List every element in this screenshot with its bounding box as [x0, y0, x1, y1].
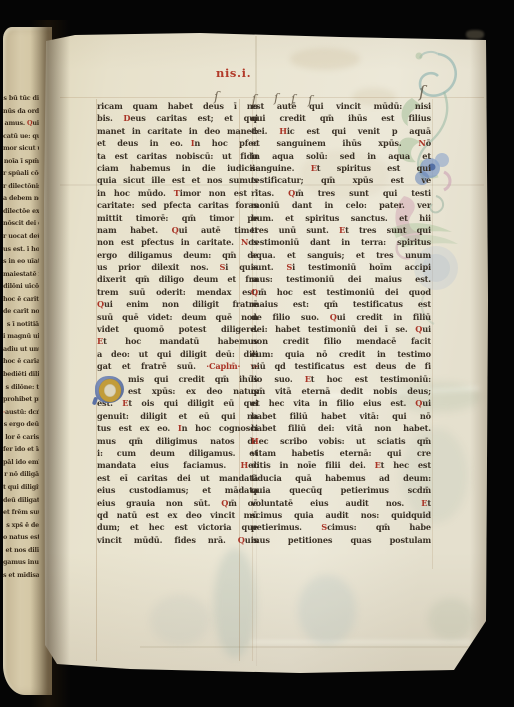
ink-text: testimoniū dant in terra: spiritus	[251, 237, 431, 247]
ink-text: mus qm̄ diligimus natos de	[97, 436, 258, 446]
text-line: ergo diligamus deum: qm̄ de	[97, 250, 258, 262]
text-line: gamus inuicē	[3, 558, 39, 571]
text-line: nōscit dei e	[3, 219, 39, 232]
rubricated-text: Q	[97, 299, 104, 309]
ink-text: ui autē timet	[179, 225, 258, 235]
text-line: dum; et hec est victoria que	[97, 522, 258, 534]
ink-text: qm̄ vitā eternā dedit nobis deus;	[251, 386, 431, 396]
ink-text: ui	[422, 324, 431, 334]
ink-text: habet filiū dei: vitā non habet.	[251, 423, 431, 433]
ink-text: t hoc mandatū habemus	[103, 336, 258, 346]
ascender-flourish: ſ	[291, 93, 295, 105]
rubricated-text: Q	[172, 225, 179, 235]
ink-text: dei.	[251, 126, 279, 136]
text-column-right: est autē qui vincit mūdū: nisiqui credit…	[251, 101, 431, 547]
text-line: in hoc mūdo. Timor non est ī	[97, 188, 258, 200]
text-line: s in eo uīat	[3, 257, 39, 270]
manuscript-page: nis.i. ricam quam habet deus ī nobis. De…	[0, 0, 514, 707]
ascender-flourish: ſ	[252, 93, 256, 105]
wrinkle-highlight	[250, 640, 470, 644]
ink-text: ui credit in filiū	[337, 312, 431, 322]
text-line: eius custodiamus; et mādata	[97, 485, 258, 497]
ink-text: vincit mūdū. fides nrā.	[97, 535, 238, 545]
text-line: a debem nos	[3, 194, 39, 207]
ink-text: ō	[426, 138, 431, 148]
ink-text: caritate: sed pfecta caritas foras	[97, 200, 258, 210]
rubricated-text: H	[241, 460, 249, 470]
text-line: tres unū sunt. Et tres sunt qui	[251, 225, 431, 237]
ink-text: eius custodiamus; et mādata	[97, 485, 258, 495]
text-line: de carīt nos	[3, 307, 39, 320]
ink-text: de filio suo.	[251, 312, 330, 322]
text-line: non credit filio mendacē facit	[251, 336, 431, 348]
text-line: Et hoc mandatū habemus	[97, 336, 258, 348]
ink-text: catū ue: qui	[3, 132, 39, 140]
text-line: s dilōne: t	[3, 383, 39, 396]
ink-text: noīa ī spm̄	[4, 157, 39, 165]
ink-text: mis qui credit qm̄ ihūs	[128, 374, 258, 384]
ink-text: t spiritus est qui	[317, 163, 431, 173]
ink-text: suū quē videt: deum quē non	[97, 312, 258, 322]
text-line: Hec scribo vobis: ut sciatis qm̄	[251, 436, 431, 448]
ink-text: mandata eius faciamus.	[97, 460, 241, 470]
ink-text: qd natū est ex deo vincit mū	[97, 510, 258, 520]
ink-text: quia sicut ille est et nos sumus	[97, 175, 258, 185]
ascender-flourish: ſ	[214, 91, 219, 104]
ink-text: r nō diligā	[4, 470, 39, 478]
text-line: s et mīdisa	[3, 571, 39, 584]
ink-text: qui credit qm̄ ihūs est filius	[251, 113, 431, 123]
ink-text: et deus in eo.	[97, 138, 191, 148]
ink-text: dei: habet testimoniū dei ī se.	[251, 324, 415, 334]
text-line: petierimus. Scimus: qm̄ habe	[251, 522, 431, 534]
ink-text: r dilectōnis	[3, 182, 39, 190]
parchment-stain	[290, 48, 360, 70]
text-line: habet filiū dei: vitā non habet.	[251, 423, 431, 435]
ink-text: fiducia quā habemus ad deum:	[251, 473, 431, 483]
text-line: qm̄ vitā eternā dedit nobis deus;	[251, 386, 431, 398]
ink-text: s ergo deū	[4, 420, 39, 428]
ink-text: ergo diligamus deum: qm̄ de	[97, 250, 258, 260]
ink-text: dilectōe exā	[3, 207, 39, 215]
ink-text: i: cum deum diligamus. et	[97, 448, 258, 458]
text-line: sunt. Si testimoniū hoīm accipi	[251, 262, 431, 274]
ink-text: s xps̄ ē de	[6, 521, 39, 529]
ink-text: vitam habetis eternā: qui cre	[251, 448, 431, 458]
ink-text: i magnū uid	[3, 332, 39, 340]
text-line: us prior dilexit nos. Si quis	[97, 262, 258, 274]
ink-text: prohibet pr	[3, 395, 39, 403]
text-line: lor ē caris	[3, 433, 39, 446]
ink-text: est eī caritas dei ut mandata	[97, 473, 258, 483]
ink-text: ta est caritas nobiscū: ut fidu	[97, 151, 258, 161]
ink-text: lio suo.	[251, 374, 305, 384]
ink-text: non credit filio mendacē facit	[251, 336, 431, 346]
text-line: non est pfectus in caritate. Nos	[97, 237, 258, 249]
ink-text: a debem nos	[3, 194, 39, 202]
text-line: de filio suo. Qui credit in filiū	[251, 312, 431, 324]
text-line: ricam quam habet deus ī no	[97, 101, 258, 113]
text-line: o natus est	[3, 533, 39, 546]
ink-text: o natus est	[3, 533, 39, 541]
ink-text: mus: testimoniū dei maius est.	[251, 274, 431, 284]
text-line: voluntatē eius audit nos. Et	[251, 498, 431, 510]
ink-text: ditis in noīe filii dei.	[251, 460, 375, 470]
text-line: ritas. Qm̄ tres sunt qui testi	[251, 188, 431, 200]
ink-text: fer īdo et īa	[3, 445, 39, 453]
ink-text: mittit timorē: qm̄ timor pe	[97, 213, 258, 223]
text-line: scimus quia audit nos: quidquid	[251, 510, 431, 522]
ink-text: gat et fratrē suū.	[97, 361, 206, 371]
ink-text: voluntatē eius audit nos.	[251, 498, 421, 508]
ink-text: mus petitiones quas postulam	[251, 535, 431, 545]
ink-text: petierimus.	[251, 522, 321, 532]
facing-text-column: s bū tūc dinūs da ordīamus. Quicatū ue: …	[3, 94, 42, 583]
text-line: sanguine. Et spiritus est qui	[251, 163, 431, 175]
show-through-decoration	[150, 595, 210, 645]
text-line: suū quē videt: deum quē non	[97, 312, 258, 324]
text-line: t qui diligit	[3, 483, 39, 496]
decorated-initial-O	[95, 376, 125, 404]
ink-text: aqua. et sanguis; et tres unum	[251, 250, 431, 260]
ink-text: i testimoniū hoīm accipi	[292, 262, 431, 272]
text-line: mus qm̄ diligimus natos de	[97, 436, 258, 448]
text-line: qui credit qm̄ ihūs est filius	[251, 113, 431, 125]
text-line: niū qd testificatus est deus de fi	[251, 361, 431, 373]
ink-text: t hec est	[381, 460, 431, 470]
text-line: pāl ido emīsa	[3, 458, 39, 471]
rubricated-text: H	[279, 126, 287, 136]
text-line: prohibet pr	[3, 395, 39, 408]
ink-text: sunt.	[251, 262, 286, 272]
text-line: amus. Qui	[3, 119, 39, 132]
ascender-flourish: ſ	[274, 92, 278, 104]
text-line: vitam habetis eternā: qui cre	[251, 448, 431, 460]
ink-text: a deo: ut qui diligit deū: dili	[97, 349, 258, 359]
show-through-decoration	[428, 598, 474, 640]
ink-text: et hec vita in filio eius est.	[251, 398, 415, 408]
ink-text: ciam habemus in die iudicii:	[97, 163, 258, 173]
rubricated-text: Q	[238, 535, 245, 545]
ink-text: est xpūs: ex deo natus	[128, 386, 258, 396]
ink-text: scimus quia audit nos: quidquid	[251, 510, 431, 520]
ink-text: t tres sunt qui	[345, 225, 431, 235]
ink-text: non est pfectus in caritate.	[97, 237, 241, 247]
ink-text: nūs da ordī	[3, 107, 39, 115]
text-line: quia quecūq petierimus scdm̄	[251, 485, 431, 497]
ink-text: sanguine.	[251, 163, 311, 173]
text-line: mandata eius faciamus. Hec	[97, 460, 258, 472]
ink-text: nōscit dei e	[3, 219, 39, 227]
ink-text: et nos dilī	[5, 546, 39, 554]
ink-text: maiestatē nō	[3, 270, 39, 278]
text-line: deū diligat	[3, 496, 39, 509]
text-line: quia sicut ille est et nos sumus	[97, 175, 258, 187]
ink-text: genuit: diligit et eū qui na	[97, 411, 258, 421]
ink-text: r spūali cōe	[3, 169, 39, 177]
text-line: s bū tūc di	[3, 94, 39, 107]
text-line: us est. ī hoc	[3, 245, 39, 258]
ink-text: de carīt nos	[3, 307, 39, 315]
initial-gold-letter	[99, 379, 121, 402]
ink-text: nam habet.	[97, 225, 172, 235]
text-line: genuit: diligit et eū qui na	[97, 411, 258, 423]
ink-text: pāl ido emīsa	[3, 458, 39, 466]
rubricated-text: Q	[330, 312, 337, 322]
text-line: catū ue: qui	[3, 132, 39, 145]
ink-text: bum. et spiritus sanctus. et hii	[251, 213, 431, 223]
ink-text: r uocat deū	[3, 232, 39, 240]
ink-text: ricam quam habet deus ī no	[97, 101, 258, 111]
text-line: Qm̄ hoc est testimoniū dei quod	[251, 287, 431, 299]
text-line: ditis in noīe filii dei. Et hec est	[251, 460, 431, 472]
text-line: i magnū uid	[3, 332, 39, 345]
text-line: noīa ī spm̄	[3, 157, 39, 170]
text-line: r nō diligā	[3, 470, 39, 483]
text-line: dilōni uīcō	[3, 282, 39, 295]
ink-text: n hoc cognosci	[182, 423, 258, 433]
text-line: r uocat deū	[3, 232, 39, 245]
text-line: Qui enim non diligit fratrē	[97, 299, 258, 311]
text-column-left: ricam quam habet deus ī nobis. Deus cari…	[97, 101, 258, 547]
ink-text: adiu ut unū	[3, 345, 39, 353]
ink-text: maius est: qm̄ testificatus est	[251, 299, 431, 309]
ink-text: niū qd testificatus est deus de fi	[251, 361, 431, 371]
folio-corner-mark	[466, 30, 484, 39]
text-line: s xps̄ ē de	[3, 521, 39, 534]
ink-text: hoc ē caritas	[3, 295, 39, 303]
text-line: tus est ex eo. In hoc cognosci	[97, 423, 258, 435]
ink-text: quia quecūq petierimus scdm̄	[251, 485, 431, 495]
ink-text: bis.	[97, 113, 123, 123]
ink-text: s dilōne: t	[6, 383, 39, 391]
text-line: adiu ut unū	[3, 345, 39, 358]
ink-text: et sanguinem ihūs xpūs.	[251, 138, 418, 148]
ink-text: dilōni uīcō	[3, 282, 39, 290]
text-line: dilectōe exā	[3, 207, 39, 220]
ink-text: bediēti dili	[3, 370, 39, 378]
text-line: caritate: sed pfecta caritas foras	[97, 200, 258, 212]
ink-text: eus caritas est; et qui	[130, 113, 258, 123]
text-line: fiducia quā habemus ad deum:	[251, 473, 431, 485]
ink-text: s in eo uīat	[3, 257, 39, 265]
ink-text: n hoc pfec	[194, 138, 258, 148]
text-line: et deus in eo. In hoc pfec	[97, 138, 258, 150]
text-line: hoc ē caritas	[3, 295, 39, 308]
ink-text: ui	[422, 398, 431, 408]
text-line: i: cum deum diligamus. et	[97, 448, 258, 460]
ascender-flourish: ſ	[419, 84, 425, 100]
running-header: nis.i.	[216, 66, 251, 80]
text-line: s ī notitiā	[3, 320, 39, 333]
text-line: lio suo. Et hoc est testimoniū:	[251, 374, 431, 386]
ink-text: cimus: qm̄ habe	[327, 522, 431, 532]
ink-text: gamus inuicē	[3, 558, 39, 566]
text-line: et frēm suū	[3, 508, 39, 521]
text-line: dei: habet testimoniū dei ī se. Qui	[251, 324, 431, 336]
text-line: in aqua solū: sed in aqua et	[251, 151, 431, 163]
ink-text: eius grauia non sūt.	[97, 498, 221, 508]
text-line: videt quomō potest diligere.	[97, 324, 258, 336]
ink-text: us est. ī hoc	[3, 245, 39, 253]
ink-text: videt quomō potest diligere.	[97, 324, 258, 334]
text-line: bediēti dili	[3, 370, 39, 383]
ascender-flourish: ſ	[308, 94, 312, 106]
text-line: hoc ē carīas	[3, 357, 39, 370]
ink-text: s bū tūc di	[3, 94, 39, 102]
ink-text: m̄ tres sunt qui testi	[295, 188, 431, 198]
text-line: bis. Deus caritas est; et qui	[97, 113, 258, 125]
ink-text: lor ē caris	[5, 433, 39, 441]
ink-text: dum; et hec est victoria que	[97, 522, 258, 532]
text-line: dixerit qm̄ diligo deum et fra	[97, 274, 258, 286]
ink-text: s et mīdisa	[3, 571, 39, 579]
text-line: r spūali cōe	[3, 169, 39, 182]
ink-text: ui enim non diligit fratrē	[104, 299, 258, 309]
text-line: ta est caritas nobiscū: ut fidu	[97, 151, 258, 163]
ink-text: tres unū sunt.	[251, 225, 339, 235]
ink-text: eum: quia nō credit in testimo	[251, 349, 431, 359]
text-line: dei. Hic est qui venit p aquā	[251, 126, 431, 138]
ink-text: t ois qui diligit eū qui	[128, 398, 258, 408]
ink-text: in aqua solū: sed in aqua et	[251, 151, 431, 161]
text-line: r dilectōnis	[3, 182, 39, 195]
text-line: s ergo deū	[3, 420, 39, 433]
ink-text: deū diligat	[3, 496, 39, 504]
text-line: nam habet. Qui autē timet	[97, 225, 258, 237]
text-line: eius grauia non sūt. Qm̄ oē	[97, 498, 258, 510]
text-line: ·austū: dcm̄	[3, 408, 39, 421]
text-line: aqua. et sanguis; et tres unum	[251, 250, 431, 262]
text-line: eum: quia nō credit in testimo	[251, 349, 431, 361]
ink-text: t qui diligit	[3, 483, 39, 491]
ink-text: m̄ hoc est testimoniū dei quod	[258, 287, 431, 297]
text-line: habet filiū habet vitā: qui nō	[251, 411, 431, 423]
text-line: mittit timorē: qm̄ timor pe	[97, 213, 258, 225]
text-line: est eī caritas dei ut mandata	[97, 473, 258, 485]
rubricated-text: Q	[251, 287, 258, 297]
ink-text: us prior dilexit nos.	[97, 262, 220, 272]
text-line: bum. et spiritus sanctus. et hii	[251, 213, 431, 225]
text-line: maius est: qm̄ testificatus est	[251, 299, 431, 311]
text-line: manet in caritate in deo manet:	[97, 126, 258, 138]
ink-text: ui	[32, 119, 39, 127]
text-line: ciam habemus in die iudicii:	[97, 163, 258, 175]
ink-text: ritas.	[251, 188, 288, 198]
ink-text: et frēm suū	[3, 508, 39, 516]
ink-text: dixerit qm̄ diligo deum et fra	[97, 274, 258, 284]
text-line: et sanguinem ihūs xpūs. Nō	[251, 138, 431, 150]
text-line: moniū dant in celo: pater. ver	[251, 200, 431, 212]
text-line: trem suū oderit: mendax est.	[97, 287, 258, 299]
text-line: mor sicut ue	[3, 144, 39, 157]
ink-text: trem suū oderit: mendax est.	[97, 287, 258, 297]
ink-text: t hoc est testimoniū:	[311, 374, 431, 384]
rubricated-text: H	[251, 436, 259, 446]
ink-text: in hoc mūdo.	[97, 188, 174, 198]
ink-text: habet filiū habet vitā: qui nō	[251, 411, 431, 421]
ink-text: austū: dcm̄	[5, 408, 39, 416]
ink-text: moniū dant in celo: pater. ver	[251, 200, 431, 210]
manuscript-photo: s bū tūc dinūs da ordīamus. Quicatū ue: …	[0, 0, 514, 707]
text-line: et hec vita in filio eius est. Qui	[251, 398, 431, 410]
text-line: testificatur; qm̄ xpūs est ve	[251, 175, 431, 187]
ink-text: s ī notitiā	[7, 320, 39, 328]
text-line: nūs da ordī	[3, 107, 39, 120]
text-line: a deo: ut qui diligit deū: dili	[97, 349, 258, 361]
ink-text: testificatur; qm̄ xpūs est ve	[251, 175, 431, 185]
show-through-decoration	[214, 548, 256, 658]
show-through-decoration	[298, 575, 356, 645]
ink-text: ic est qui venit p aquā	[287, 126, 431, 136]
ink-text: imor non est ī	[180, 188, 258, 198]
text-line: testimoniū dant in terra: spiritus	[251, 237, 431, 249]
ink-text: manet in caritate in deo manet:	[97, 126, 258, 136]
ink-text: tus est ex eo.	[97, 423, 178, 433]
text-line: fer īdo et īa	[3, 445, 39, 458]
ink-text: amus.	[5, 119, 27, 127]
ink-text: mor sicut ue	[3, 144, 39, 152]
ink-text: t	[427, 498, 431, 508]
ink-text: hoc ē carīas	[3, 357, 39, 365]
text-line: maiestatē nō	[3, 270, 39, 283]
text-line: mus petitiones quas postulam	[251, 535, 431, 547]
text-line: qd natū est ex deo vincit mū	[97, 510, 258, 522]
rubricated-text: N	[418, 138, 425, 148]
text-line: et nos dilī	[3, 546, 39, 559]
text-line: mus: testimoniū dei maius est.	[251, 274, 431, 286]
crease-line	[140, 646, 470, 648]
text-line: gat et fratrē suū. ·Caplm̄· v·	[97, 361, 258, 373]
ink-text: ec scribo vobis: ut sciatis qm̄	[259, 436, 431, 446]
text-line: vincit mūdū. fides nrā. Quis	[97, 535, 258, 547]
